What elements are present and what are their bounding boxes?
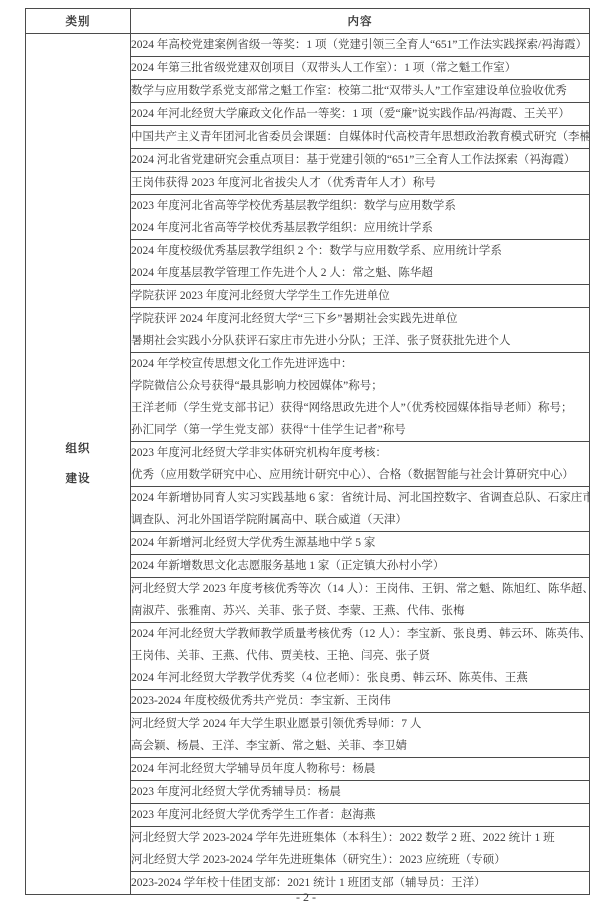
- category-line: 建设: [26, 464, 130, 494]
- table-row: 组织建设2024 年高校党建案例省级一等奖：1 项（党建引领三全育人“651”工…: [26, 34, 590, 57]
- content-line: 南淑芹、张雅南、苏兴、关菲、张子贤、李蒙、王燕、代伟、张梅: [131, 600, 589, 622]
- column-header-category: 类别: [26, 9, 131, 34]
- content-cell: 2023 年度河北省高等学校优秀基层教学组织：数学与应用数学系2024 年度河北…: [131, 195, 590, 240]
- content-line: 优秀（应用数学研究中心、应用统计研究中心）、合格（数据智能与社会计算研究中心）: [131, 464, 589, 486]
- content-cell: 2024 年度校级优秀基层教学组织 2 个：数学与应用数学系、应用统计学系202…: [131, 240, 590, 285]
- content-line: 2024 年新增河北经贸大学优秀生源基地中学 5 家: [131, 532, 589, 554]
- content-cell: 2024 河北省党建研究会重点项目：基于党建引领的“651”三全育人工作法探索（…: [131, 149, 590, 172]
- content-cell: 河北经贸大学 2024 年大学生职业愿景引领优秀导师：7 人高会颖、杨晨、王洋、…: [131, 713, 590, 758]
- content-line: 学院获评 2024 年度河北经贸大学“三下乡”暑期社会实践先进单位: [131, 308, 589, 330]
- content-cell: 2023 年度河北经贸大学优秀辅导员：杨晨: [131, 781, 590, 804]
- content-line: 2024 年河北经贸大学教学优秀奖（4 位老师）：张良勇、韩云环、陈英伟、王燕: [131, 667, 589, 689]
- content-line: 2023 年度河北经贸大学优秀辅导员：杨晨: [131, 781, 589, 803]
- content-line: 学院获评 2023 年度河北经贸大学学生工作先进单位: [131, 285, 589, 307]
- content-line: 2023 年度河北经贸大学优秀学生工作者：赵海燕: [131, 804, 589, 826]
- content-line: 王岗伟、关菲、王燕、代伟、贾美枝、王艳、闫亮、张子贤: [131, 645, 589, 667]
- content-line: 2024 年学校宣传思想文化工作先进评选中：: [131, 353, 589, 375]
- category-line: 组织: [26, 434, 130, 464]
- content-line: 暑期社会实践小分队获评石家庄市先进小分队；王洋、张子贤获批先进个人: [131, 330, 589, 352]
- content-line: 2024 年度校级优秀基层教学组织 2 个：数学与应用数学系、应用统计学系: [131, 240, 589, 262]
- content-cell: 2024 年新增河北经贸大学优秀生源基地中学 5 家: [131, 532, 590, 555]
- content-cell: 2023 年度河北经贸大学非实体研究机构年度考核：优秀（应用数学研究中心、应用统…: [131, 442, 590, 487]
- content-line: 2024 年第三批省级党建双创项目（双带头人工作室）：1 项（常之魁工作室）: [131, 57, 589, 79]
- table-body: 组织建设2024 年高校党建案例省级一等奖：1 项（党建引领三全育人“651”工…: [26, 34, 590, 895]
- content-line: 2024 年河北经贸大学廉政文化作品一等奖：1 项（爱“廉”说实践作品/祃海霞、…: [131, 103, 589, 125]
- content-cell: 河北经贸大学 2023-2024 学年先进班集体（本科生）：2022 数学 2 …: [131, 827, 590, 872]
- content-cell: 2024 年河北经贸大学廉政文化作品一等奖：1 项（爱“廉”说实践作品/祃海霞、…: [131, 103, 590, 126]
- content-line: 河北经贸大学 2023 年度考核优秀等次（14 人）：王岗伟、王钥、常之魁、陈旭…: [131, 578, 589, 600]
- content-line: 2024 年新增数思文化志愿服务基地 1 家（正定镇大孙村小学）: [131, 555, 589, 577]
- content-line: 2023-2024 年度校级优秀共产党员：李宝新、王岗伟: [131, 690, 589, 712]
- content-line: 河北经贸大学 2024 年大学生职业愿景引领优秀导师：7 人: [131, 713, 589, 735]
- content-line: 中国共产主义青年团河北省委员会课题：自媒体时代高校青年思想政治教育模式研究（李楠…: [131, 126, 589, 148]
- content-line: 调查队、河北外国语学院附属高中、联合威道（天津）: [131, 509, 589, 531]
- content-line: 2023 年度河北省高等学校优秀基层教学组织：数学与应用数学系: [131, 195, 589, 217]
- content-cell: 王岗伟获得 2023 年度河北省拔尖人才（优秀青年人才）称号: [131, 172, 590, 195]
- content-line: 2024 河北省党建研究会重点项目：基于党建引领的“651”三全育人工作法探索（…: [131, 149, 589, 171]
- content-cell: 2023 年度河北经贸大学优秀学生工作者：赵海燕: [131, 804, 590, 827]
- content-line: 孙汇同学（第一学生党支部）获得“十佳学生记者”称号: [131, 419, 589, 441]
- content-line: 2024 年高校党建案例省级一等奖：1 项（党建引领三全育人“651”工作法实践…: [131, 34, 589, 56]
- page-number: - 2 -: [0, 890, 612, 905]
- content-line: 王岗伟获得 2023 年度河北省拔尖人才（优秀青年人才）称号: [131, 172, 589, 194]
- content-cell: 2023-2024 年度校级优秀共产党员：李宝新、王岗伟: [131, 690, 590, 713]
- content-cell: 2024 年新增协同育人实习实践基地 6 家：省统计局、河北国控数字、省调查总队…: [131, 487, 590, 532]
- content-line: 2024 年河北经贸大学辅导员年度人物称号：杨晨: [131, 758, 589, 780]
- content-cell: 数学与应用数学系党支部常之魁工作室：校第二批“双带头人”工作室建设单位验收优秀: [131, 80, 590, 103]
- content-cell: 2024 年河北经贸大学辅导员年度人物称号：杨晨: [131, 758, 590, 781]
- column-header-content: 内容: [131, 9, 590, 34]
- content-line: 2024 年度基层教学管理工作先进个人 2 人：常之魁、陈华超: [131, 262, 589, 284]
- content-line: 2023 年度河北经贸大学非实体研究机构年度考核：: [131, 442, 589, 464]
- header-row: 类别 内容: [26, 9, 590, 34]
- content-cell: 2024 年第三批省级党建双创项目（双带头人工作室）：1 项（常之魁工作室）: [131, 57, 590, 80]
- content-line: 高会颖、杨晨、王洋、李宝新、常之魁、关菲、李卫婧: [131, 735, 589, 757]
- content-cell: 2024 年学校宣传思想文化工作先进评选中：学院微信公众号获得“最具影响力校园媒…: [131, 353, 590, 442]
- table-header: 类别 内容: [26, 9, 590, 34]
- document-page: 类别 内容 组织建设2024 年高校党建案例省级一等奖：1 项（党建引领三全育人…: [0, 0, 612, 910]
- category-cell: 组织建设: [26, 34, 131, 895]
- content-cell: 中国共产主义青年团河北省委员会课题：自媒体时代高校青年思想政治教育模式研究（李楠…: [131, 126, 590, 149]
- content-cell: 2024 年高校党建案例省级一等奖：1 项（党建引领三全育人“651”工作法实践…: [131, 34, 590, 57]
- content-line: 学院微信公众号获得“最具影响力校园媒体”称号；: [131, 375, 589, 397]
- awards-table: 类别 内容 组织建设2024 年高校党建案例省级一等奖：1 项（党建引领三全育人…: [25, 8, 590, 895]
- content-line: 河北经贸大学 2023-2024 学年先进班集体（本科生）：2022 数学 2 …: [131, 827, 589, 849]
- content-line: 2024 年新增协同育人实习实践基地 6 家：省统计局、河北国控数字、省调查总队…: [131, 487, 589, 509]
- content-cell: 2024 年新增数思文化志愿服务基地 1 家（正定镇大孙村小学）: [131, 555, 590, 578]
- content-cell: 学院获评 2023 年度河北经贸大学学生工作先进单位: [131, 285, 590, 308]
- content-cell: 学院获评 2024 年度河北经贸大学“三下乡”暑期社会实践先进单位暑期社会实践小…: [131, 308, 590, 353]
- content-line: 河北经贸大学 2023-2024 学年先进班集体（研究生）：2023 应统班（专…: [131, 849, 589, 871]
- content-line: 2024 年河北经贸大学教师教学质量考核优秀（12 人）：李宝新、张良勇、韩云环…: [131, 623, 589, 645]
- content-cell: 2024 年河北经贸大学教师教学质量考核优秀（12 人）：李宝新、张良勇、韩云环…: [131, 623, 590, 690]
- content-cell: 河北经贸大学 2023 年度考核优秀等次（14 人）：王岗伟、王钥、常之魁、陈旭…: [131, 578, 590, 623]
- content-line: 数学与应用数学系党支部常之魁工作室：校第二批“双带头人”工作室建设单位验收优秀: [131, 80, 589, 102]
- content-line: 2024 年度河北省高等学校优秀基层教学组织：应用统计学系: [131, 217, 589, 239]
- content-line: 王洋老师（学生党支部书记）获得“网络思政先进个人”（优秀校园媒体指导老师）称号；: [131, 397, 589, 419]
